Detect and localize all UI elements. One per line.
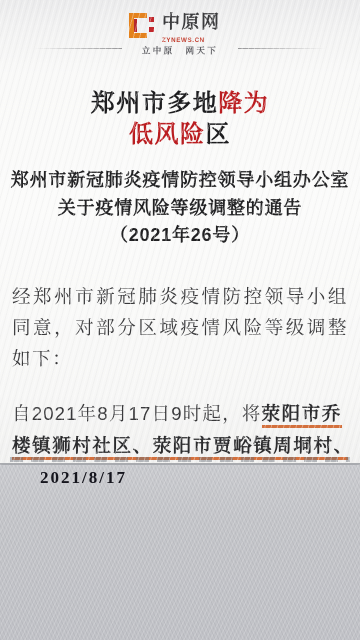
date-overlay: 2021/8/17 [40, 468, 127, 488]
divider-line-left [34, 48, 122, 49]
paragraph2-line2: 楼镇狮村社区、荥阳市贾峪镇周垌村、 [12, 431, 348, 460]
highlighted-area-names: 荥阳市乔 [262, 403, 342, 428]
logo-colon-dot-bottom [149, 27, 154, 32]
notice-title-line1: 郑州市新冠肺炎疫情防控领导小组办公室 [0, 167, 360, 195]
notice-title-line3: （2021年26号） [0, 222, 360, 250]
notice-title-line2: 关于疫情风险等级调整的通告 [0, 195, 360, 223]
headline-line1: 郑州市多地降为 [0, 88, 360, 119]
zhongyuan-logo-icon [129, 13, 155, 38]
paragraph2-line1: 自2021年8月17日9时起，将荥阳市乔 [12, 399, 348, 428]
logo-c-shape [129, 13, 147, 38]
headline-line2: 低风险区 [0, 119, 360, 150]
video-headline: 郑州市多地降为 低风险区 [0, 88, 360, 150]
logo-c-inner-bar [134, 19, 137, 32]
site-name: 中原网 [162, 13, 221, 32]
logo-text-block: 中原网 ZYNEWS.CN [162, 13, 231, 40]
notice-paragraph-2: 自2021年8月17日9时起，将荥阳市乔 楼镇狮村社区、荥阳市贾峪镇周垌村、 [12, 399, 348, 460]
divider-line-right [238, 48, 326, 49]
site-slogan: 立中原 网天下 [142, 44, 218, 56]
news-video-frame: 中原网 ZYNEWS.CN 立中原 网天下 郑州市多地降为 低风险区 郑州市新冠… [0, 0, 360, 640]
headline-red-segment: 降为 [218, 90, 269, 117]
notice-document: 中原网 ZYNEWS.CN 立中原 网天下 郑州市多地降为 低风险区 郑州市新冠… [0, 0, 360, 464]
headline-red-segment2: 低风险 [129, 121, 206, 148]
notice-paragraph-1: 经郑州市新冠肺炎疫情防控领导小组同意，对部分区域疫情风险等级调整如下： [12, 281, 348, 374]
slogan-divider: 立中原 网天下 [0, 42, 360, 54]
notice-title: 郑州市新冠肺炎疫情防控领导小组办公室 关于疫情风险等级调整的通告 （2021年2… [0, 167, 360, 250]
site-header: 中原网 ZYNEWS.CN [0, 13, 360, 39]
clipped-text-remnant [10, 457, 350, 462]
bottom-background [0, 465, 360, 640]
logo-colon-dot-top [149, 17, 154, 22]
